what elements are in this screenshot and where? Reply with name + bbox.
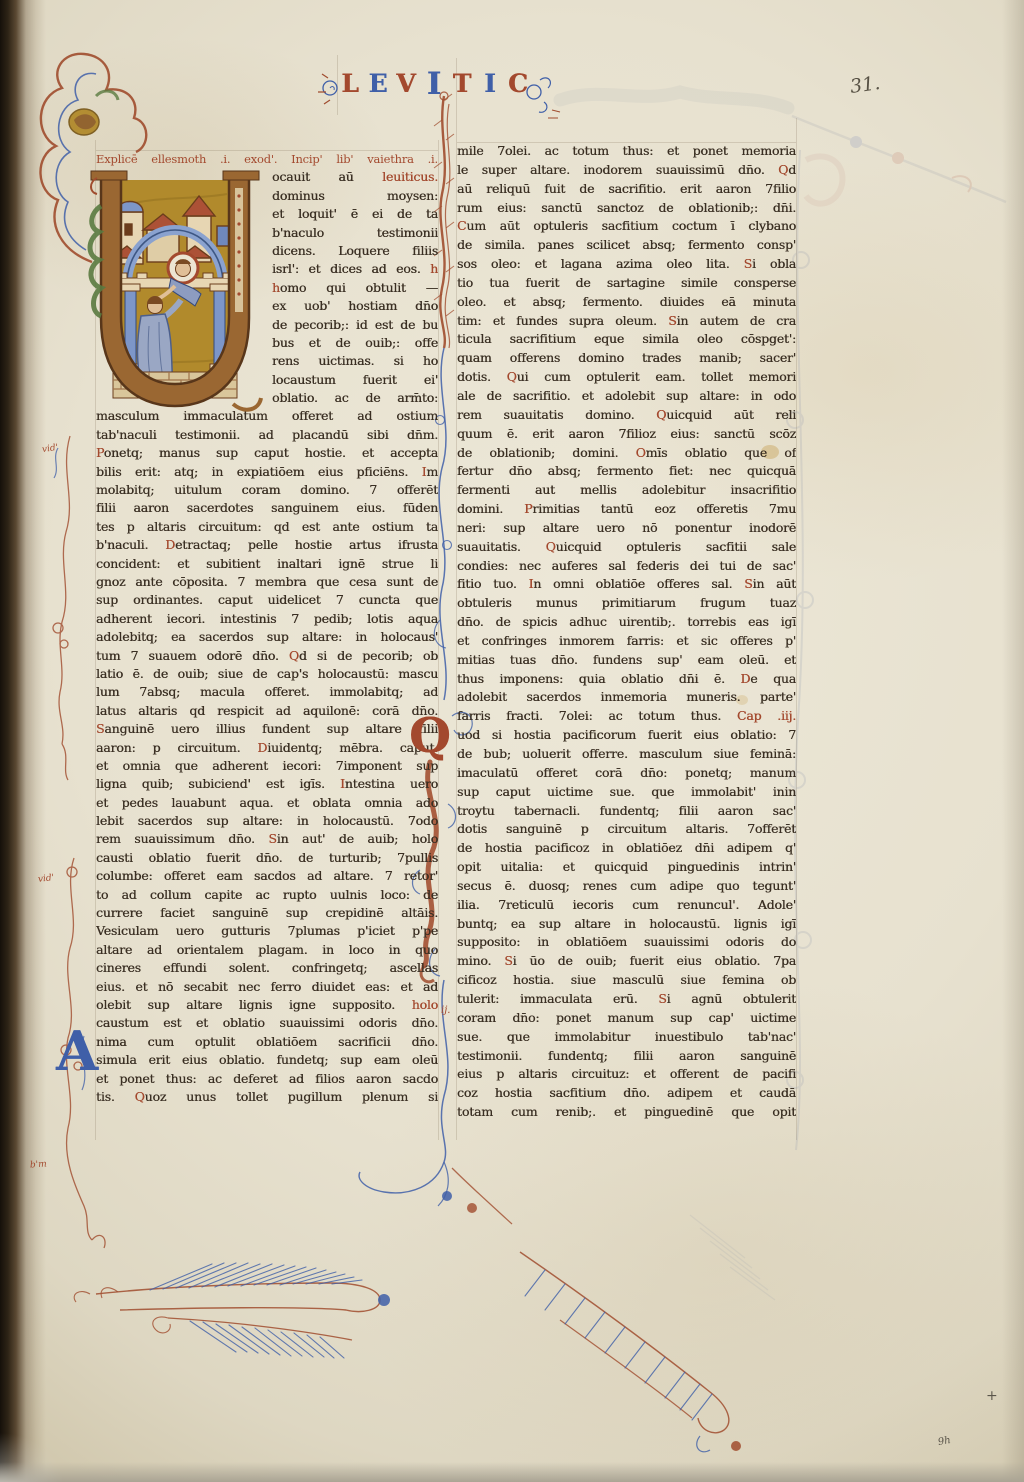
text-line: ocauit aū leuiticus. [96,168,438,186]
text-line: fertur dn̄o absq; fermento fiet: nec qui… [457,462,796,481]
text-line: ticula sacrifitium eque simila oleo cōsp… [457,330,796,349]
marginal-mark: 9h [937,1435,952,1448]
text-line: condies: nec auferes sal federis dei tui… [457,557,796,576]
text-line: rem suauissimum dn̄o. Sin aut' de auib; … [96,830,438,848]
text-line: lum 7absq; macula offeret. immolabitq; a… [96,683,438,701]
text-column-2: mile 7olei. ac totum thus: et ponet memo… [457,142,796,1122]
text-line: coz hostia sacfitium dn̄o. adipem et cau… [457,1084,796,1103]
text-line: currere faciet sanguinē sup crepidinē al… [96,904,438,922]
text-line: Cum aūt optuleris sacfitium coctum ī cly… [457,217,796,236]
text-line: neri: sup altare uero nō ponentur inodor… [457,519,796,538]
text-line: quum ē. erit aaron 7filioz eius: sanctū … [457,425,796,444]
text-line: imaculatū offeret corā dn̄o: ponetq; man… [457,764,796,783]
text-line: locaustum fuerit ei' [96,371,438,389]
text-line: oblatio. ac de arm̄to: [96,389,438,407]
text-line: thus imponens: quia oblatio dn̄i ē. De q… [457,670,796,689]
text-line: b'naculi. Detractaq; pelle hostie artus … [96,536,438,554]
marginal-mark: vid' [38,873,55,885]
text-line: mitias tuas dn̄o. fundens sup' eam oleū.… [457,651,796,670]
text-line: b'naculo testimonii [96,224,438,242]
text-line: opit uitalia: et quicquid pinguedinis in… [457,858,796,877]
header-letter: L [336,69,364,98]
text-line: de pecorib;: id est de bu [96,316,438,334]
header-letter: I [420,66,448,102]
text-line: ilia. 7reticulū iecoris cum renuncul'. A… [457,896,796,915]
header-letter: V [392,69,420,98]
text-line: suauitatis. Quicquid optuleris sacfitii … [457,538,796,557]
text-line: Sanguinē uero illius fundent sup altare … [96,720,438,738]
text-line: mile 7olei. ac totum thus: et ponet memo… [457,142,796,161]
text-line: de hostia pacificoz in oblatiōez dn̄i ad… [457,839,796,858]
text-line: sos oleo: et lagana azima oleo lita. Si … [457,255,796,274]
folio-number: 31. [849,72,882,98]
text-line: troytu tabernacli. fundentq; filii aaron… [457,802,796,821]
text-line: et omnia que adherent iecori: 7imponent … [96,757,438,775]
text-line: supposito: in oblatiōem suauissimi odori… [457,933,796,952]
text-line: gnoz ante cōposita. 7 membra que cesa su… [96,573,438,591]
text-line: nima cum optulit oblatiōem sacrificii dn… [96,1033,438,1051]
text-line: isrl': et dices ad eos. h [96,260,438,278]
text-line: adherent iecori. intestinis 7 pedib; lot… [96,610,438,628]
text-line: tim: et fundes supra oleum. Sin autem de… [457,312,796,331]
text-line: de oblationib; domini. Omīs oblatio que … [457,444,796,463]
marginal-mark: ij. [441,1005,450,1016]
text-line: de bub; uoluerit offerre. masculum siue … [457,745,796,764]
text-line: ligna quib; subiciend' est igīs. Intesti… [96,775,438,793]
text-line: ale de sacrifitio. et adolebit sup altar… [457,387,796,406]
text-line: uod si hostia pacificorum fuerit eius ob… [457,726,796,745]
text-line: sup caput uictime sue. que immolabit' in… [457,783,796,802]
text-line: eius p altaris circuituz: et offerent de… [457,1065,796,1084]
text-line: to ad collum capite ac rupto uulnis loco… [96,886,438,904]
text-line: farris fracti. 7olei: ac totum thus. Cap… [457,707,796,726]
text-line: rum eius: sanctū sanctoz de oblationib;:… [457,199,796,218]
text-line: dn̄o. de spicis adhuc uirentib;. torrebi… [457,613,796,632]
text-line: filii aaron sacerdotes sanguinem eius. f… [96,499,438,517]
text-line: latio ē. de ouib; siue de cap's holocaus… [96,665,438,683]
text-line: tes p altaris circuitum: qd est ante ost… [96,518,438,536]
text-line: et pedes lauabunt aqua. et oblata omnia … [96,794,438,812]
text-line: cificoz hostia. siue masculū siue femina… [457,971,796,990]
text-line: homo qui obtulit — [96,279,438,297]
text-line: aū reliquū fuit de sacrifitio. erit aaro… [457,180,796,199]
text-line: sue. que immolabitur inuestibulo tab'nac… [457,1028,796,1047]
text-line: simula erit eius oblatio. fundetq; sup e… [96,1051,438,1069]
text-line: secus ē. duosq; renes cum adipe quo tegu… [457,877,796,896]
text-line: tum 7 suauem odorē dn̄o. Qd si de pecori… [96,647,438,665]
text-line: cineres effundi solent. confringetq; asc… [96,959,438,977]
marginal-mark: b'm [30,1159,47,1170]
text-line: tulerit: immaculata erū. Si agnū obtuler… [457,990,796,1009]
text-line: bus et de ouib;: offe [96,334,438,352]
text-line: le super altare. inodorem suauissimū dn̄… [457,161,796,180]
header-letter: C [504,69,532,98]
text-line: lebit sacerdos sup altare: in holocaustū… [96,812,438,830]
text-line: fitio tuo. In omni oblatiōe offeres sal.… [457,575,796,594]
text-line: ex uob' hostiam dn̄o [96,297,438,315]
text-line: caustum est et oblatio suauissimi odoris… [96,1014,438,1032]
text-line: adolebitq; ea sacerdos sup altare: in ho… [96,628,438,646]
text-line: totam cum renib;. et pinguedinē que opit [457,1103,796,1122]
text-line: olebit sup altare lignis igne supposito.… [96,996,438,1014]
text-line: eius. et nō secabit nec ferro diuidet ea… [96,978,438,996]
text-line: coram dn̄o: ponet manum sup cap' uictime [457,1009,796,1028]
text-line: latus altaris qd respicit ad aquilonē: c… [96,702,438,720]
header-letter: T [448,69,476,98]
text-line: adolebit sacerdos inmemoria muneris. par… [457,688,796,707]
initial-A-anima: A [56,1024,98,1078]
text-line: dicens. Loquere filiis [96,242,438,260]
text-line: de simila. panes scilicet absq; fermento… [457,236,796,255]
bottom-right-feather-flourish [452,1168,741,1452]
text-line: testimonii. fundentq; filii aaron sangui… [457,1047,796,1066]
text-column-1: Explicē ellesmoth .i. exod'. Incip' lib'… [96,150,438,1106]
text-line: dominus moysen: [96,187,438,205]
text-line: concident: et subitient inaltari ignē st… [96,555,438,573]
text-line: tio tua fuerit de sartagine simile consp… [457,274,796,293]
text-line: causti oblatio fuerit dn̄o. de turturib;… [96,849,438,867]
text-line: altare ad orientalem plagam. in loco in … [96,941,438,959]
manuscript-page: LEVITIC 31. Explicē ellesmoth .i. exod'.… [0,0,1024,1482]
text-line: Vesiculam uero gutturis 7plumas p'iciet … [96,922,438,940]
text-line: buntq; ea sup altare in holocaustū. lign… [457,915,796,934]
text-line: bilis erit: atq; in expiatiōem eius pfic… [96,463,438,481]
text-line: quam offerens domino trades manib; sacer… [457,349,796,368]
text-line: masculum immaculatum offeret ad ostium [96,407,438,425]
text-line: dotis sanguinē p circuitum altaris. 7off… [457,820,796,839]
text-line: sup ordinantes. caput uidelicet 7 cuncta… [96,591,438,609]
text-line: et ponet thus: ac deferet ad filios aaro… [96,1070,438,1088]
text-line: tab'naculi testimonii. ad placandū sibi … [96,426,438,444]
text-line: columbe: offeret eam sacdos ad altare. 7… [96,867,438,885]
header-letter: E [364,69,392,98]
header-letter: I [476,69,504,98]
initial-Q-quod: Q [409,712,451,760]
text-line: et loquit' ē ei de ta [96,205,438,223]
marginal-mark: + [986,1388,998,1404]
text-line: obtuleris munus primitiarum frugum tuaz [457,594,796,613]
text-line: domini. Primitias tantū eoz offeretis 7m… [457,500,796,519]
text-line: oleo. et absq; fermento. diuides eā minu… [457,293,796,312]
running-title: LEVITIC [336,64,532,100]
text-line: aaron: p circuitum. Diuidentq; mēbra. ca… [96,739,438,757]
text-line: rem suauitatis domino. Quicquid aūt reli [457,406,796,425]
text-line: et confringes inmorem farris: et sic off… [457,632,796,651]
text-line: dotis. Qui cum optulerit eam. tollet mem… [457,368,796,387]
text-line: tis. Quoz unus tollet pugillum plenum si [96,1088,438,1106]
text-line: Ponetq; manus sup caput hostie. et accep… [96,444,438,462]
bottom-left-feather-flourish [74,1263,390,1358]
text-line: molabitq; uitulum coram domino. 7 offerē… [96,481,438,499]
text-line: rens uictimas. si ho [96,352,438,370]
rubric-line: Explicē ellesmoth .i. exod'. Incip' lib'… [96,150,438,168]
text-line: mino. Si ūo de ouib; fuerit eius oblatio… [457,952,796,971]
text-line: fermenti aut mellis adolebitur insacrifi… [457,481,796,500]
